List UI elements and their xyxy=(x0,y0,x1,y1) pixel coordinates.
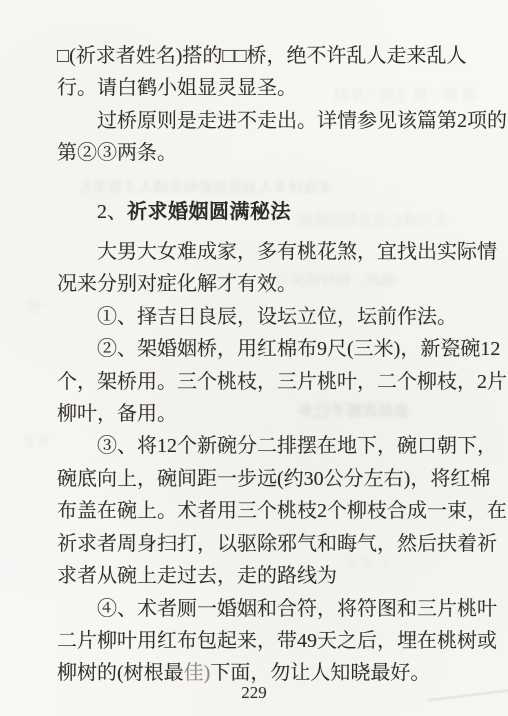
step-2: ②、架婚姻桥，用红棉布9尺(三米)，新瓷碗12个，架桥用。三个桃枝，三片桃叶，二… xyxy=(57,333,481,430)
text-line: 况来分别对症化解才有效。 xyxy=(57,268,481,300)
text-segment: 2、 xyxy=(97,201,127,223)
step-3: ③、将12个新碗分二排摆在地下，碗口朝下，碗底向上，碗间距一步远(约30公分左右… xyxy=(57,430,481,592)
text-line: 二片柳叶用红布包起来，带49天之后，埋在桃树或 xyxy=(57,625,481,657)
paragraph-bridge: □(祈求者姓名)搭的□□桥，绝不许乱人走来乱人行。请白鹤小姐显灵显圣。 xyxy=(57,40,481,105)
text-line: ③、将12个新碗分二排摆在地下，碗口朝下， xyxy=(57,430,481,462)
step-4: ④、术者厕一婚姻和合符，将符图和三片桃叶二片柳叶用红布包起来，带49天之后，埋在… xyxy=(57,593,481,690)
text-line: 碗底向上，碗间距一步远(约30公分左右)，将红棉 xyxy=(57,463,481,495)
text-line: ①、择吉日良辰，设坛立位，坛前作法。 xyxy=(57,301,481,333)
bleedthrough-text: 一极 xyxy=(26,296,56,317)
paragraph-intro: 大男大女难成家，多有桃花煞，宜找出实际情况来分别对症化解才有效。 xyxy=(57,236,481,301)
section-heading: 2、祈求婚姻圆满秘法 xyxy=(57,196,481,228)
text-line: ②、架婚姻桥，用红棉布9尺(三米)，新瓷碗12 xyxy=(57,333,481,365)
text-line: 求者从碗上走过去，走的路线为 xyxy=(57,560,481,592)
paragraph-bridge-rule: 过桥原则是走进不走出。详情参见该篇第2项的第②③两条。 xyxy=(57,105,481,170)
text-line: 行。请白鹤小姐显灵显圣。 xyxy=(57,72,481,104)
page-text: □(祈求者姓名)搭的□□桥，绝不许乱人走来乱人行。请白鹤小姐显灵显圣。过桥原则是… xyxy=(57,40,481,690)
text-line: 过桥原则是走进不走出。详情参见该篇第2项的 xyxy=(57,105,481,137)
text-line: 布盖在碗上。术者用三个桃枝2个柳枝合成一束，在 xyxy=(57,495,481,527)
text-line: 2、祈求婚姻圆满秘法 xyxy=(57,196,481,228)
text-segment: 佳) xyxy=(184,662,211,684)
text-line: 柳叶，备用。 xyxy=(57,398,481,430)
text-segment: 祈求婚姻圆满秘法 xyxy=(127,201,291,223)
text-segment: 下面，勿让人知晓最好。 xyxy=(210,662,430,684)
text-segment: 柳树的(树根最 xyxy=(57,662,184,684)
text-line: 祈求者周身扫打，以驱除邪气和晦气，然后扶着祈 xyxy=(57,528,481,560)
text-line: 第②③两条。 xyxy=(57,137,481,169)
step-1: ①、择吉日良辰，设坛立位，坛前作法。 xyxy=(57,301,481,333)
bleedthrough-text: 书亚 xyxy=(22,430,52,451)
text-line: ④、术者厕一婚姻和合符，将符图和三片桃叶 xyxy=(57,593,481,625)
text-line: 大男大女难成家，多有桃花煞，宜找出实际情 xyxy=(57,236,481,268)
text-line: □(祈求者姓名)搭的□□桥，绝不许乱人走来乱人 xyxy=(57,40,481,72)
text-line: 个，架桥用。三个桃枝，三片桃叶，二个柳枝，2片 xyxy=(57,366,481,398)
